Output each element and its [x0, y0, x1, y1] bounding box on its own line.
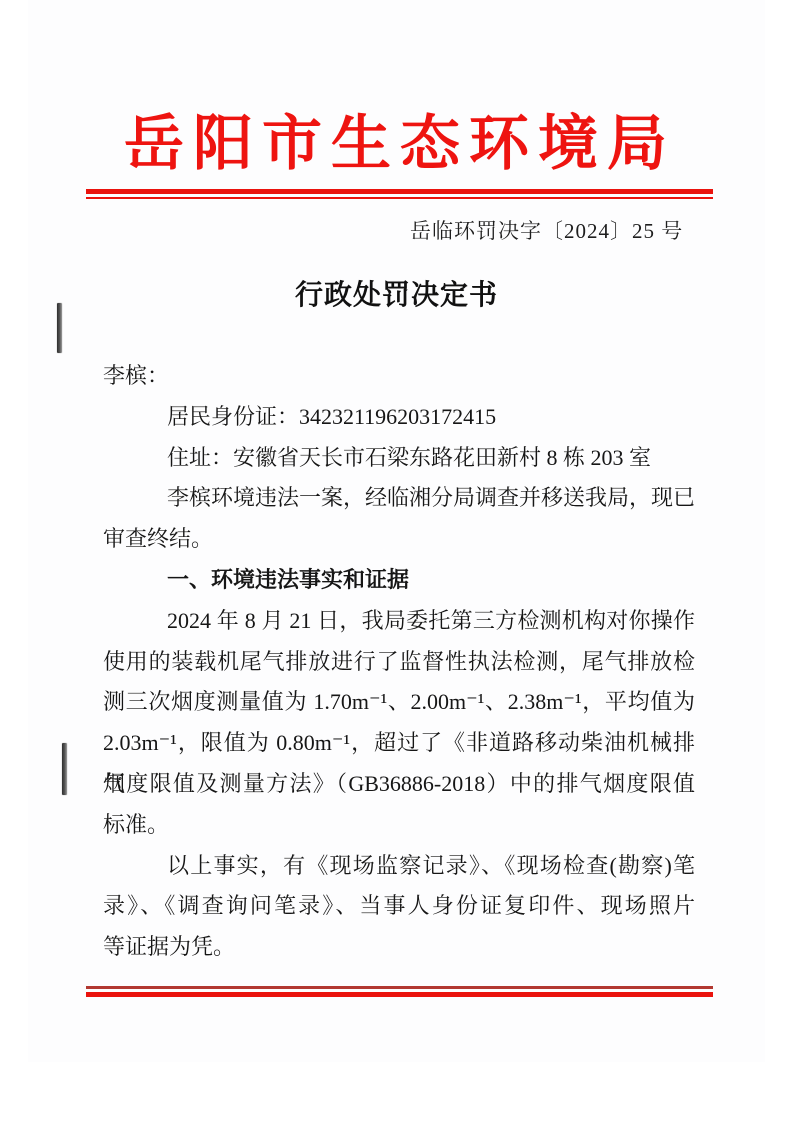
body-line: 以上事实，有《现场监察记录》、《现场检查(勘察)笔: [103, 846, 695, 887]
header-rule-thin-line: [86, 197, 713, 199]
agency-letterhead: 岳阳市生态环境局: [87, 102, 713, 186]
header-rule: [86, 189, 713, 199]
body-line-id-number: 居民身份证：342321196203172415: [103, 397, 695, 438]
footer-rule-thick-line: [86, 992, 713, 997]
body-line: 标准。: [103, 805, 695, 846]
document-number: 岳临环罚决字〔2024〕25 号: [410, 215, 683, 245]
body-line: 等证据为凭。: [103, 927, 695, 968]
body-section-heading: 一、环境违法事实和证据: [103, 560, 695, 601]
body-line: 李槟环境违法一案，经临湘分局调查并移送我局，现已: [103, 478, 695, 519]
document-page: 岳阳市生态环境局 岳临环罚决字〔2024〕25 号 行政处罚决定书 李槟： 居民…: [0, 0, 793, 1122]
body-line: 录》、《调查询问笔录》、当事人身份证复印件、现场照片: [103, 886, 695, 927]
scan-artifact: [62, 743, 67, 795]
document-body: 李槟： 居民身份证：342321196203172415 住址：安徽省天长市石梁…: [103, 356, 695, 968]
body-line-address: 住址：安徽省天长市石梁东路花田新村 8 栋 203 室: [103, 438, 695, 479]
footer-rule: [86, 986, 713, 997]
body-line-addressee: 李槟：: [103, 356, 695, 397]
scan-artifact: [57, 303, 62, 353]
body-line: 审查终结。: [103, 519, 695, 560]
body-line: 使用的装载机尾气排放进行了监督性执法检测，尾气排放检: [103, 642, 695, 683]
document-title: 行政处罚决定书: [0, 273, 793, 313]
body-line: 烟度限值及测量方法》（GB36886-2018）中的排气烟度限值: [103, 764, 695, 805]
body-line: 2.03m⁻¹，限值为 0.80m⁻¹，超过了《非道路移动柴油机械排气: [103, 723, 695, 764]
body-line: 2024 年 8 月 21 日，我局委托第三方检测机构对你操作: [103, 601, 695, 642]
body-line: 测三次烟度测量值为 1.70m⁻¹、2.00m⁻¹、2.38m⁻¹，平均值为: [103, 682, 695, 723]
